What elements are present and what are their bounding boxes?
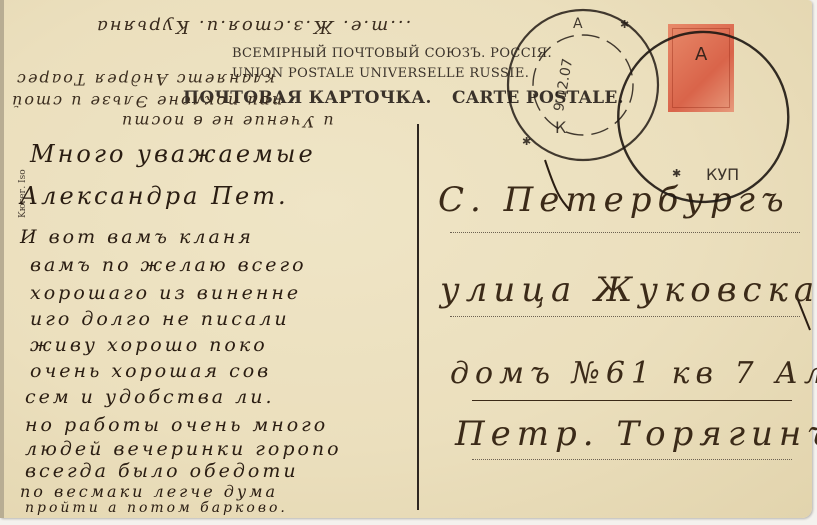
postmarks: А К 9.12.07 ✱ ✱ А КУП ✱	[0, 0, 817, 525]
svg-text:✱: ✱	[672, 167, 681, 180]
svg-text:✱: ✱	[522, 135, 531, 148]
svg-text:✱: ✱	[620, 18, 629, 31]
svg-text:КУП: КУП	[706, 165, 739, 184]
pen-stroke	[545, 160, 570, 210]
svg-text:А: А	[573, 16, 583, 32]
svg-text:К: К	[555, 118, 567, 137]
svg-text:9.12.07: 9.12.07	[551, 57, 576, 112]
svg-text:А: А	[695, 44, 708, 65]
